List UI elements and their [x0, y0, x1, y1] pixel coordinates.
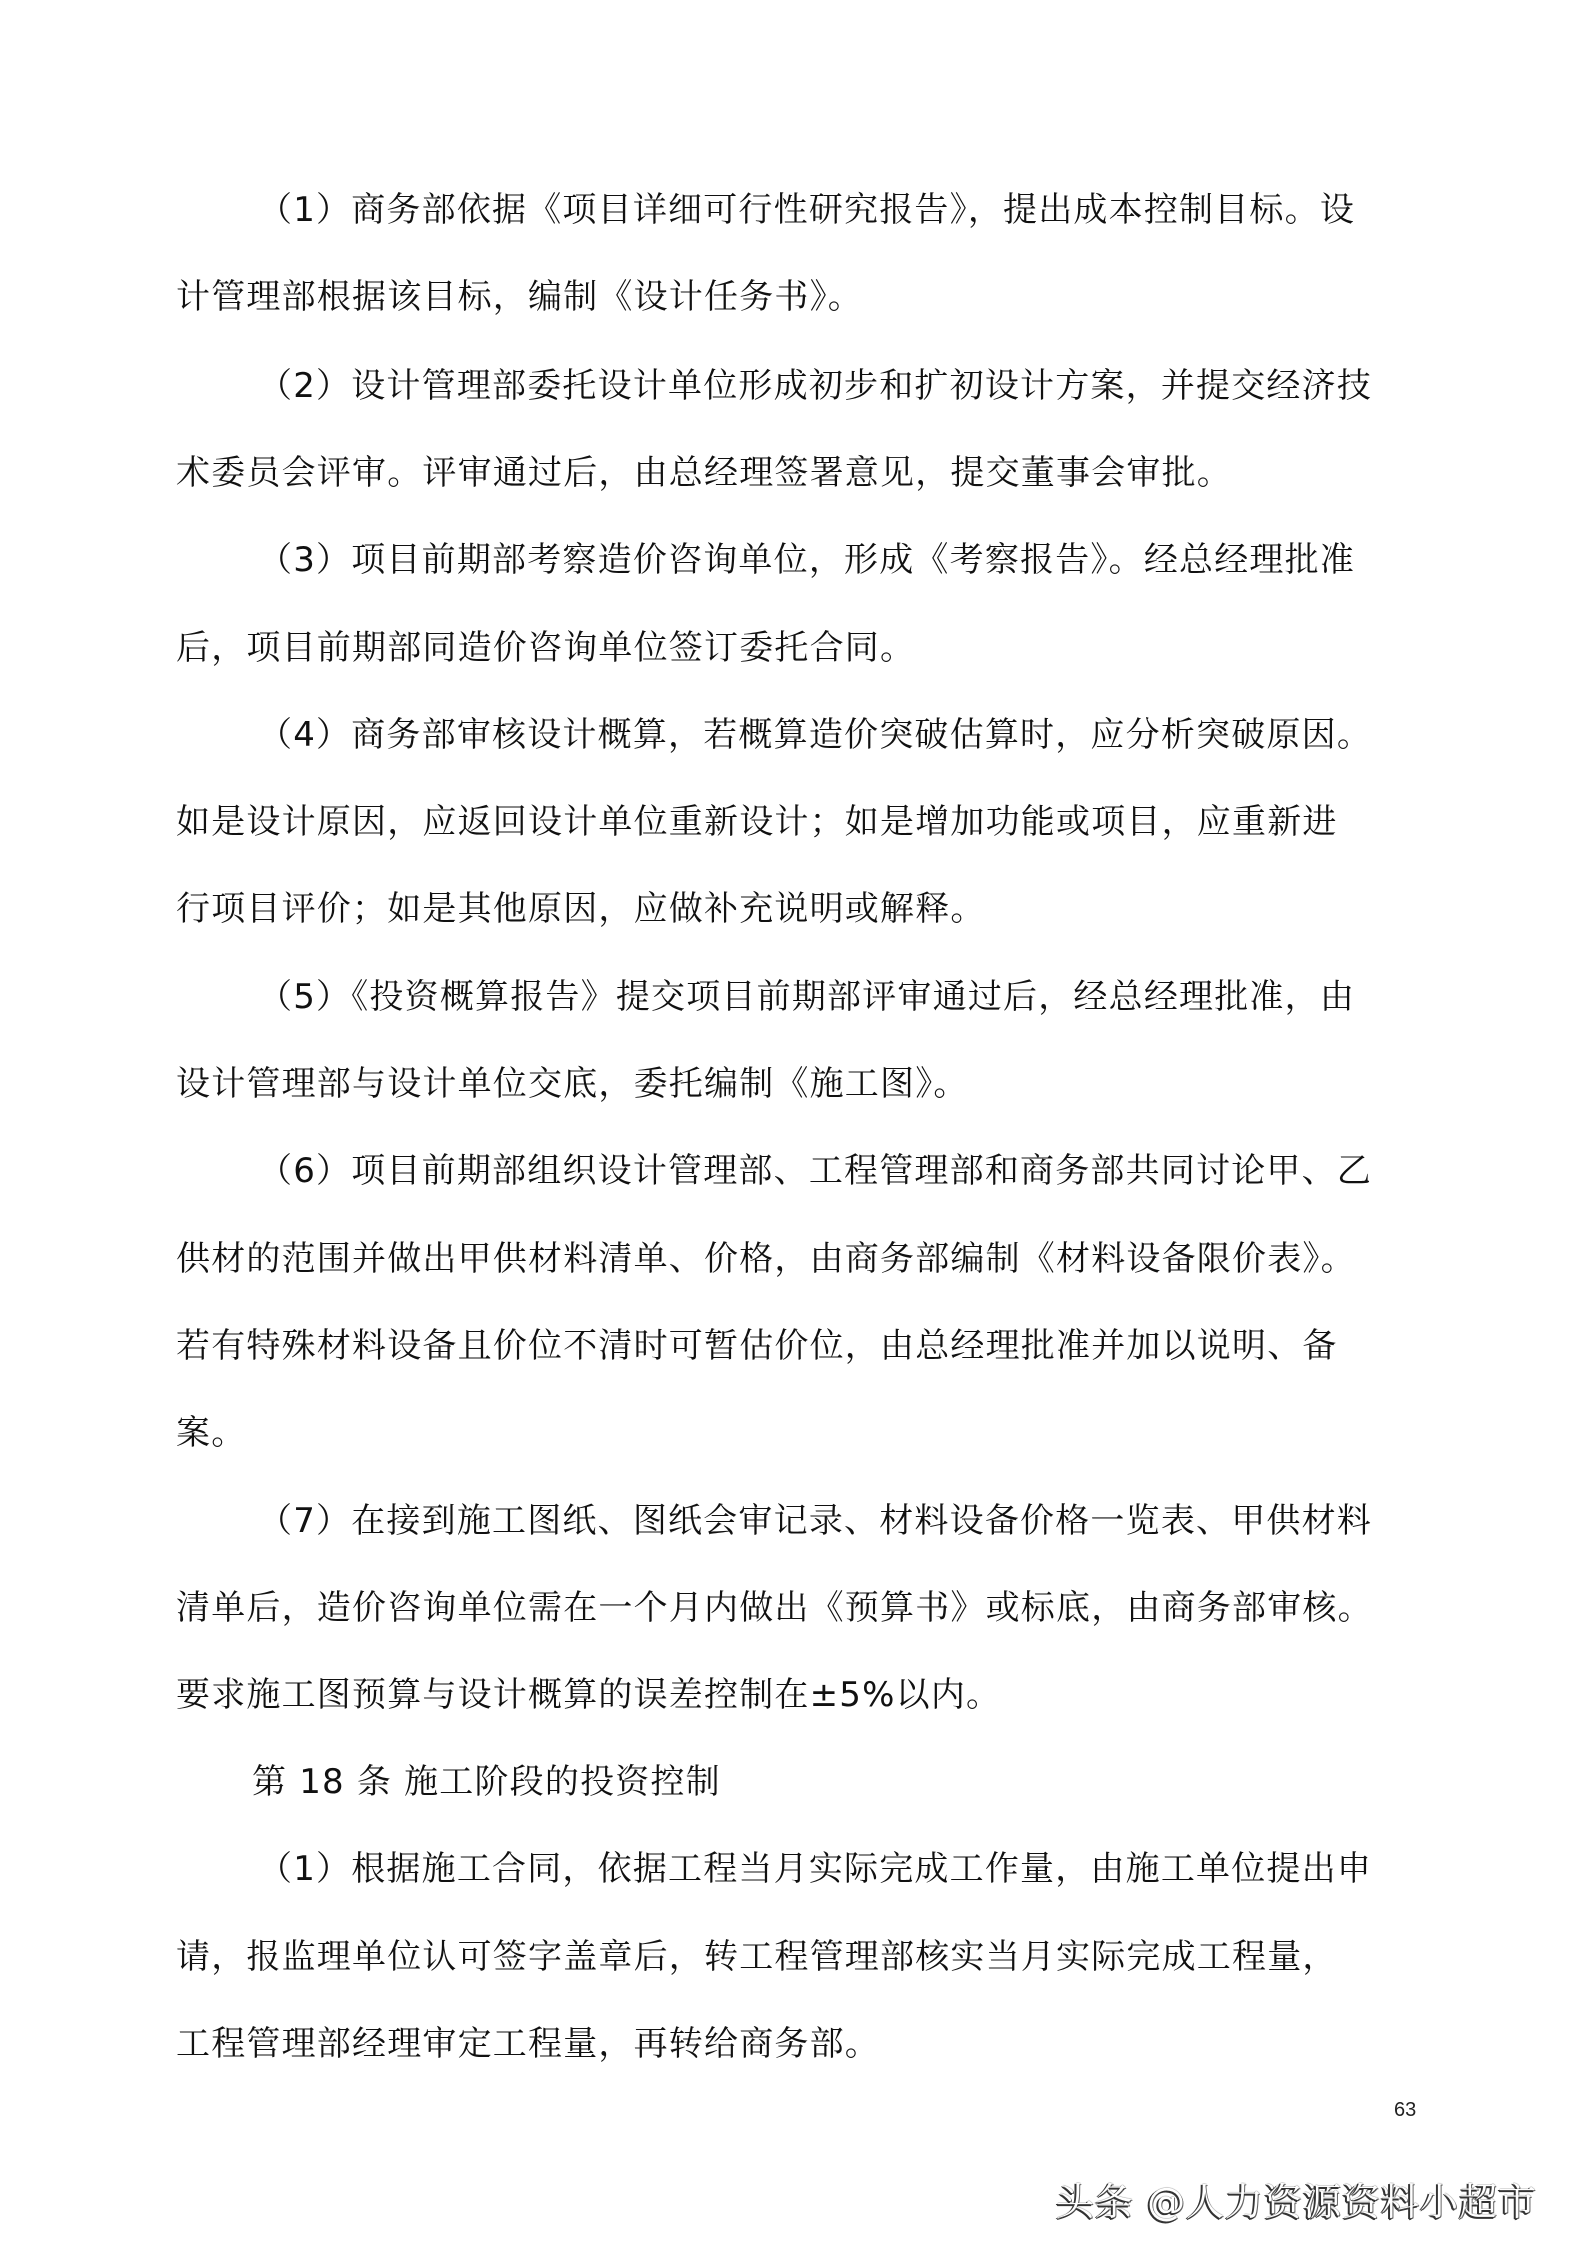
watermark: 头条 @人力资源资料小超市	[1056, 2180, 1537, 2224]
paragraph-6-line-2: 供材的范围并做出甲供材料清单、价格，由商务部编制《材料设备限价表》。	[176, 1239, 1356, 1279]
section-heading: 第 18 条 施工阶段的投资控制	[252, 1762, 721, 1802]
paragraph-5-line-2: 设计管理部与设计单位交底，委托编制《施工图》。	[176, 1064, 969, 1104]
paragraph-1-line-2: 计管理部根据该目标，编制《设计任务书》。	[176, 277, 863, 317]
paragraph-2-line-2: 术委员会评审。评审通过后，由总经理签署意见，提交董事会审批。	[176, 453, 1232, 493]
section-paragraph-1-line-2: 请，报监理单位认可签字盖章后，转工程管理部核实当月实际完成工程量，	[176, 1937, 1338, 1977]
paragraph-7-line-1: （7）在接到施工图纸、图纸会审记录、材料设备价格一览表、甲供材料	[258, 1501, 1372, 1541]
paragraph-2-line-1: （2）设计管理部委托设计单位形成初步和扩初设计方案，并提交经济技	[258, 366, 1372, 406]
page-number: 63	[1394, 2098, 1416, 2122]
paragraph-6-line-3: 若有特殊材料设备且价位不清时可暂估价位，由总经理批准并加以说明、备	[176, 1326, 1338, 1366]
paragraph-5-line-1: （5）《投资概算报告》提交项目前期部评审通过后，经总经理批准，由	[258, 977, 1355, 1017]
paragraph-4-line-3: 行项目评价；如是其他原因，应做补充说明或解释。	[176, 889, 986, 929]
paragraph-3-line-2: 后，项目前期部同造价咨询单位签订委托合同。	[176, 628, 915, 668]
section-paragraph-1-line-1: （1）根据施工合同，依据工程当月实际完成工作量，由施工单位提出申	[258, 1849, 1372, 1889]
paragraph-4-line-2: 如是设计原因，应返回设计单位重新设计；如是增加功能或项目，应重新进	[176, 802, 1338, 842]
paragraph-3-line-1: （3）项目前期部考察造价咨询单位，形成《考察报告》。经总经理批准	[258, 540, 1355, 580]
document-page: （1）商务部依据《项目详细可行性研究报告》，提出成本控制目标。设 计管理部根据该…	[0, 0, 1587, 2245]
paragraph-1-line-1: （1）商务部依据《项目详细可行性研究报告》，提出成本控制目标。设	[258, 190, 1355, 230]
paragraph-7-line-3: 要求施工图预算与设计概算的误差控制在±5%以内。	[176, 1675, 1001, 1715]
paragraph-7-line-2: 清单后，造价咨询单位需在一个月内做出《预算书》或标底，由商务部审核。	[176, 1588, 1373, 1628]
paragraph-6-line-4: 案。	[176, 1413, 246, 1453]
paragraph-4-line-1: （4）商务部审核设计概算，若概算造价突破估算时，应分析突破原因。	[258, 715, 1372, 755]
paragraph-6-line-1: （6）项目前期部组织设计管理部、工程管理部和商务部共同讨论甲、乙	[258, 1151, 1372, 1191]
section-paragraph-1-line-3: 工程管理部经理审定工程量，再转给商务部。	[176, 2024, 880, 2064]
